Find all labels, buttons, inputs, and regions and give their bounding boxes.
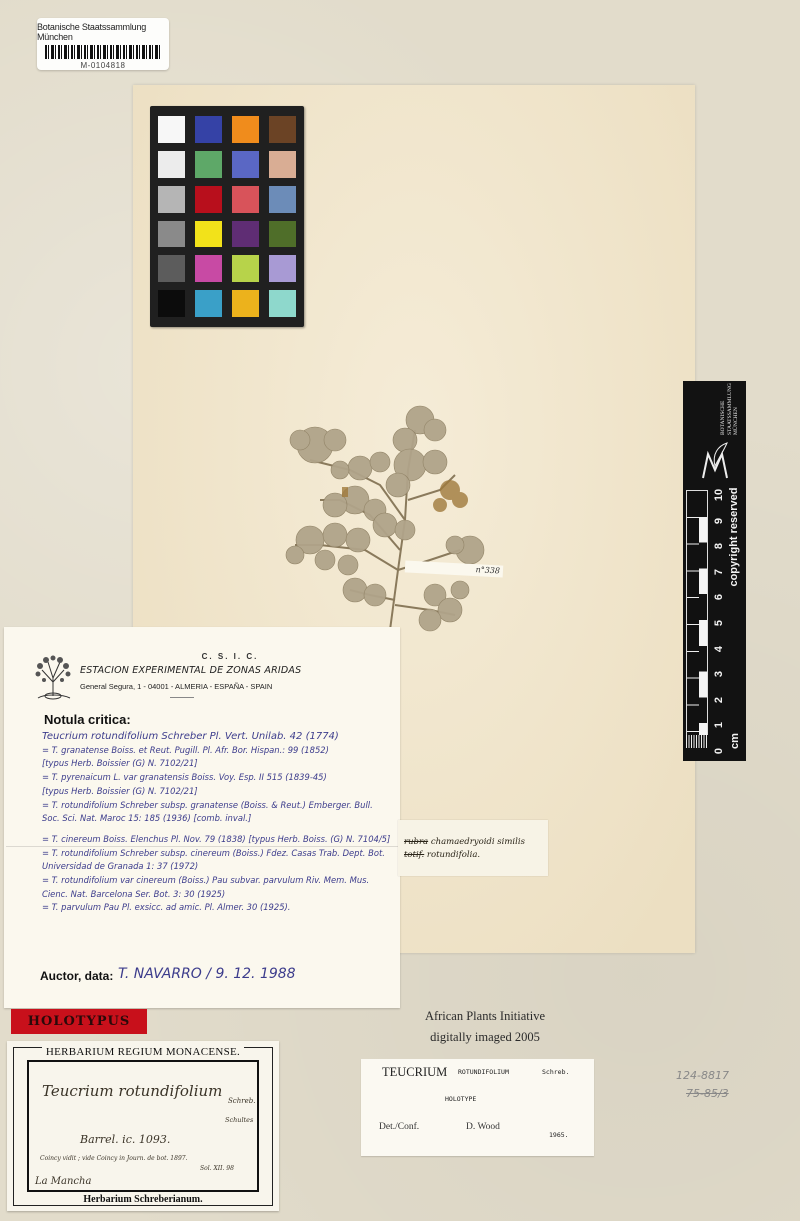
color-swatch	[269, 186, 296, 213]
color-swatch	[158, 116, 185, 143]
notula-lines: Teucrium rotundifolium Schreber Pl. Vert…	[42, 730, 398, 915]
plant-specimen	[280, 400, 510, 640]
label-fold-line	[6, 846, 398, 847]
scale-copyright: copyright reserved	[728, 462, 742, 612]
scale-ruler-ticks	[686, 490, 708, 748]
notula-line: = T. rotundifolium Schreber subsp. grana…	[42, 799, 398, 813]
color-swatch	[158, 186, 185, 213]
stamp-line-2: digitally imaged 2005	[400, 1027, 570, 1048]
regium-inner-frame	[27, 1060, 259, 1192]
notula-heading: Notula critica:	[44, 712, 131, 727]
color-calibration-chart	[150, 106, 304, 327]
institution-name: ESTACION EXPERIMENTAL DE ZONAS ARIDAS	[80, 665, 300, 676]
slip-struck-word: rubra	[404, 837, 428, 847]
notula-line: Cienc. Nat. Barcelona Ser. Bot. 3: 30 (1…	[42, 888, 398, 902]
stamp-line-1: African Plants Initiative	[400, 1006, 570, 1027]
notula-line: [typus Herb. Boissier (G) N. 7102/21]	[42, 757, 398, 771]
color-swatch	[232, 290, 259, 317]
barcode-label: Botanische Staatssammlung München M-0104…	[37, 18, 169, 70]
scale-number: 5	[712, 616, 726, 630]
regium-date: Sol. XII. 98	[200, 1165, 234, 1172]
color-swatch	[269, 221, 296, 248]
annotation-year: 1965.	[549, 1131, 569, 1139]
color-swatch	[232, 151, 259, 178]
notula-line: Teucrium rotundifolium Schreber Pl. Vert…	[42, 730, 398, 744]
scale-number: 7	[712, 565, 726, 579]
notula-line: = T. pyrenaicum L. var granatensis Boiss…	[42, 771, 398, 785]
annotation-species: ROTUNDIFOLIUM	[458, 1068, 509, 1076]
annotation-det-conf: Det./Conf.	[379, 1122, 419, 1132]
org-abbreviation: C. S. I. C.	[80, 652, 380, 661]
annotation-author: Schreb.	[542, 1068, 569, 1076]
notula-line: Universidad de Granada 1: 37 (1972)	[42, 860, 398, 874]
notula-line: = T. cinereum Boiss. Elenchus Pl. Nov. 7…	[42, 833, 398, 847]
scale-number: 3	[712, 667, 726, 681]
annotation-determiner: D. Wood	[466, 1122, 500, 1132]
color-swatch	[232, 221, 259, 248]
regium-author: Schreb.	[228, 1097, 255, 1105]
notula-line: [typus Herb. Boissier (G) N. 7102/21]	[42, 785, 398, 799]
scale-number: 10	[712, 488, 726, 502]
color-swatch	[232, 186, 259, 213]
notula-line: Soc. Sci. Nat. Maroc 15: 185 (1936) [com…	[42, 812, 398, 826]
regium-collector: Barrel. ic. 1093.	[80, 1133, 170, 1146]
regium-title: HERBARIUM REGIUM MONACENSE.	[13, 1046, 273, 1058]
color-swatch	[195, 151, 222, 178]
scale-number: 1	[712, 718, 726, 732]
regium-note: Coincy vidit ; vide Coincy in Journ. de …	[40, 1155, 187, 1162]
slip-text: rotundifolia.	[427, 850, 480, 860]
color-swatch	[158, 255, 185, 282]
scale-unit: cm	[729, 733, 741, 749]
scale-numbers: 0 1 2 3 4 5 6 7 8 9 10	[712, 488, 726, 758]
logo-line: MÜNCHEN	[733, 355, 740, 435]
scale-logo-text: BOTANISCHE STAATSSAMMLUNG MÜNCHEN	[720, 355, 750, 435]
color-swatch	[195, 116, 222, 143]
imaging-stamp: African Plants Initiative digitally imag…	[400, 1006, 570, 1048]
scale-ruler-fine-ticks	[686, 735, 708, 748]
regium-locality: La Mancha	[35, 1176, 91, 1187]
color-swatch	[158, 290, 185, 317]
color-swatch	[158, 151, 185, 178]
notula-line: = T. rotundifolium var cinereum (Boiss.)…	[42, 874, 398, 888]
institution-logo-icon	[700, 440, 730, 480]
barcode-icon	[45, 45, 161, 59]
color-swatch	[269, 255, 296, 282]
color-swatch	[195, 186, 222, 213]
color-swatch	[195, 221, 222, 248]
notula-line: = T. parvulum Pau Pl. exsicc. ad amic. P…	[42, 901, 398, 915]
color-swatch	[269, 116, 296, 143]
holotypus-badge: HOLOTYPUS	[11, 1009, 147, 1034]
regium-footer-text: Herbarium Schreberianum.	[79, 1194, 206, 1205]
scale-number: 8	[712, 539, 726, 553]
auctor-label: Auctor, data:	[40, 969, 113, 983]
scale-number: 6	[712, 590, 726, 604]
annotation-status: HOLOTYPE	[445, 1095, 476, 1103]
regium-footer: Herbarium Schreberianum.	[13, 1194, 273, 1205]
header-rule	[170, 697, 194, 698]
color-swatch	[195, 290, 222, 317]
regium-taxon: Teucrium rotundifolium	[42, 1082, 222, 1100]
slip-text: chamaedryoidi similis	[431, 837, 525, 847]
slip-struck-word: totif.	[404, 850, 424, 860]
color-swatch	[195, 255, 222, 282]
auctor-value: T. NAVARRO / 9. 12. 1988	[118, 966, 296, 982]
annotation-genus: TEUCRIUM	[382, 1065, 447, 1080]
pencil-accession-1: 124-8817	[676, 1069, 729, 1082]
color-swatch	[269, 151, 296, 178]
notula-line: = T. granatense Boiss. et Reut. Pugill. …	[42, 744, 398, 758]
barcode-institution: Botanische Staatssammlung München	[37, 22, 169, 42]
color-swatch	[232, 255, 259, 282]
scale-number: 0	[712, 744, 726, 758]
handwritten-slip: rubra chamaedryoidi similis totif. rotun…	[398, 820, 548, 876]
scale-number: 4	[712, 642, 726, 656]
color-swatch	[232, 116, 259, 143]
scale-number: 9	[712, 514, 726, 528]
regium-title-text: HERBARIUM REGIUM MONACENSE.	[42, 1046, 244, 1058]
pencil-accession-2: 75-85/3	[686, 1087, 729, 1100]
regium-author-2: Schultes	[225, 1116, 253, 1124]
color-swatch	[269, 290, 296, 317]
color-swatch	[158, 221, 185, 248]
tree-logo-icon	[30, 652, 76, 700]
notula-line: = T. rotundifolium Schreber subsp. ciner…	[42, 847, 398, 861]
institution-address: General Segura, 1 - 04001 - ALMERIA - ES…	[80, 682, 380, 691]
barcode-accession: M-0104818	[81, 61, 126, 70]
scale-number: 2	[712, 693, 726, 707]
